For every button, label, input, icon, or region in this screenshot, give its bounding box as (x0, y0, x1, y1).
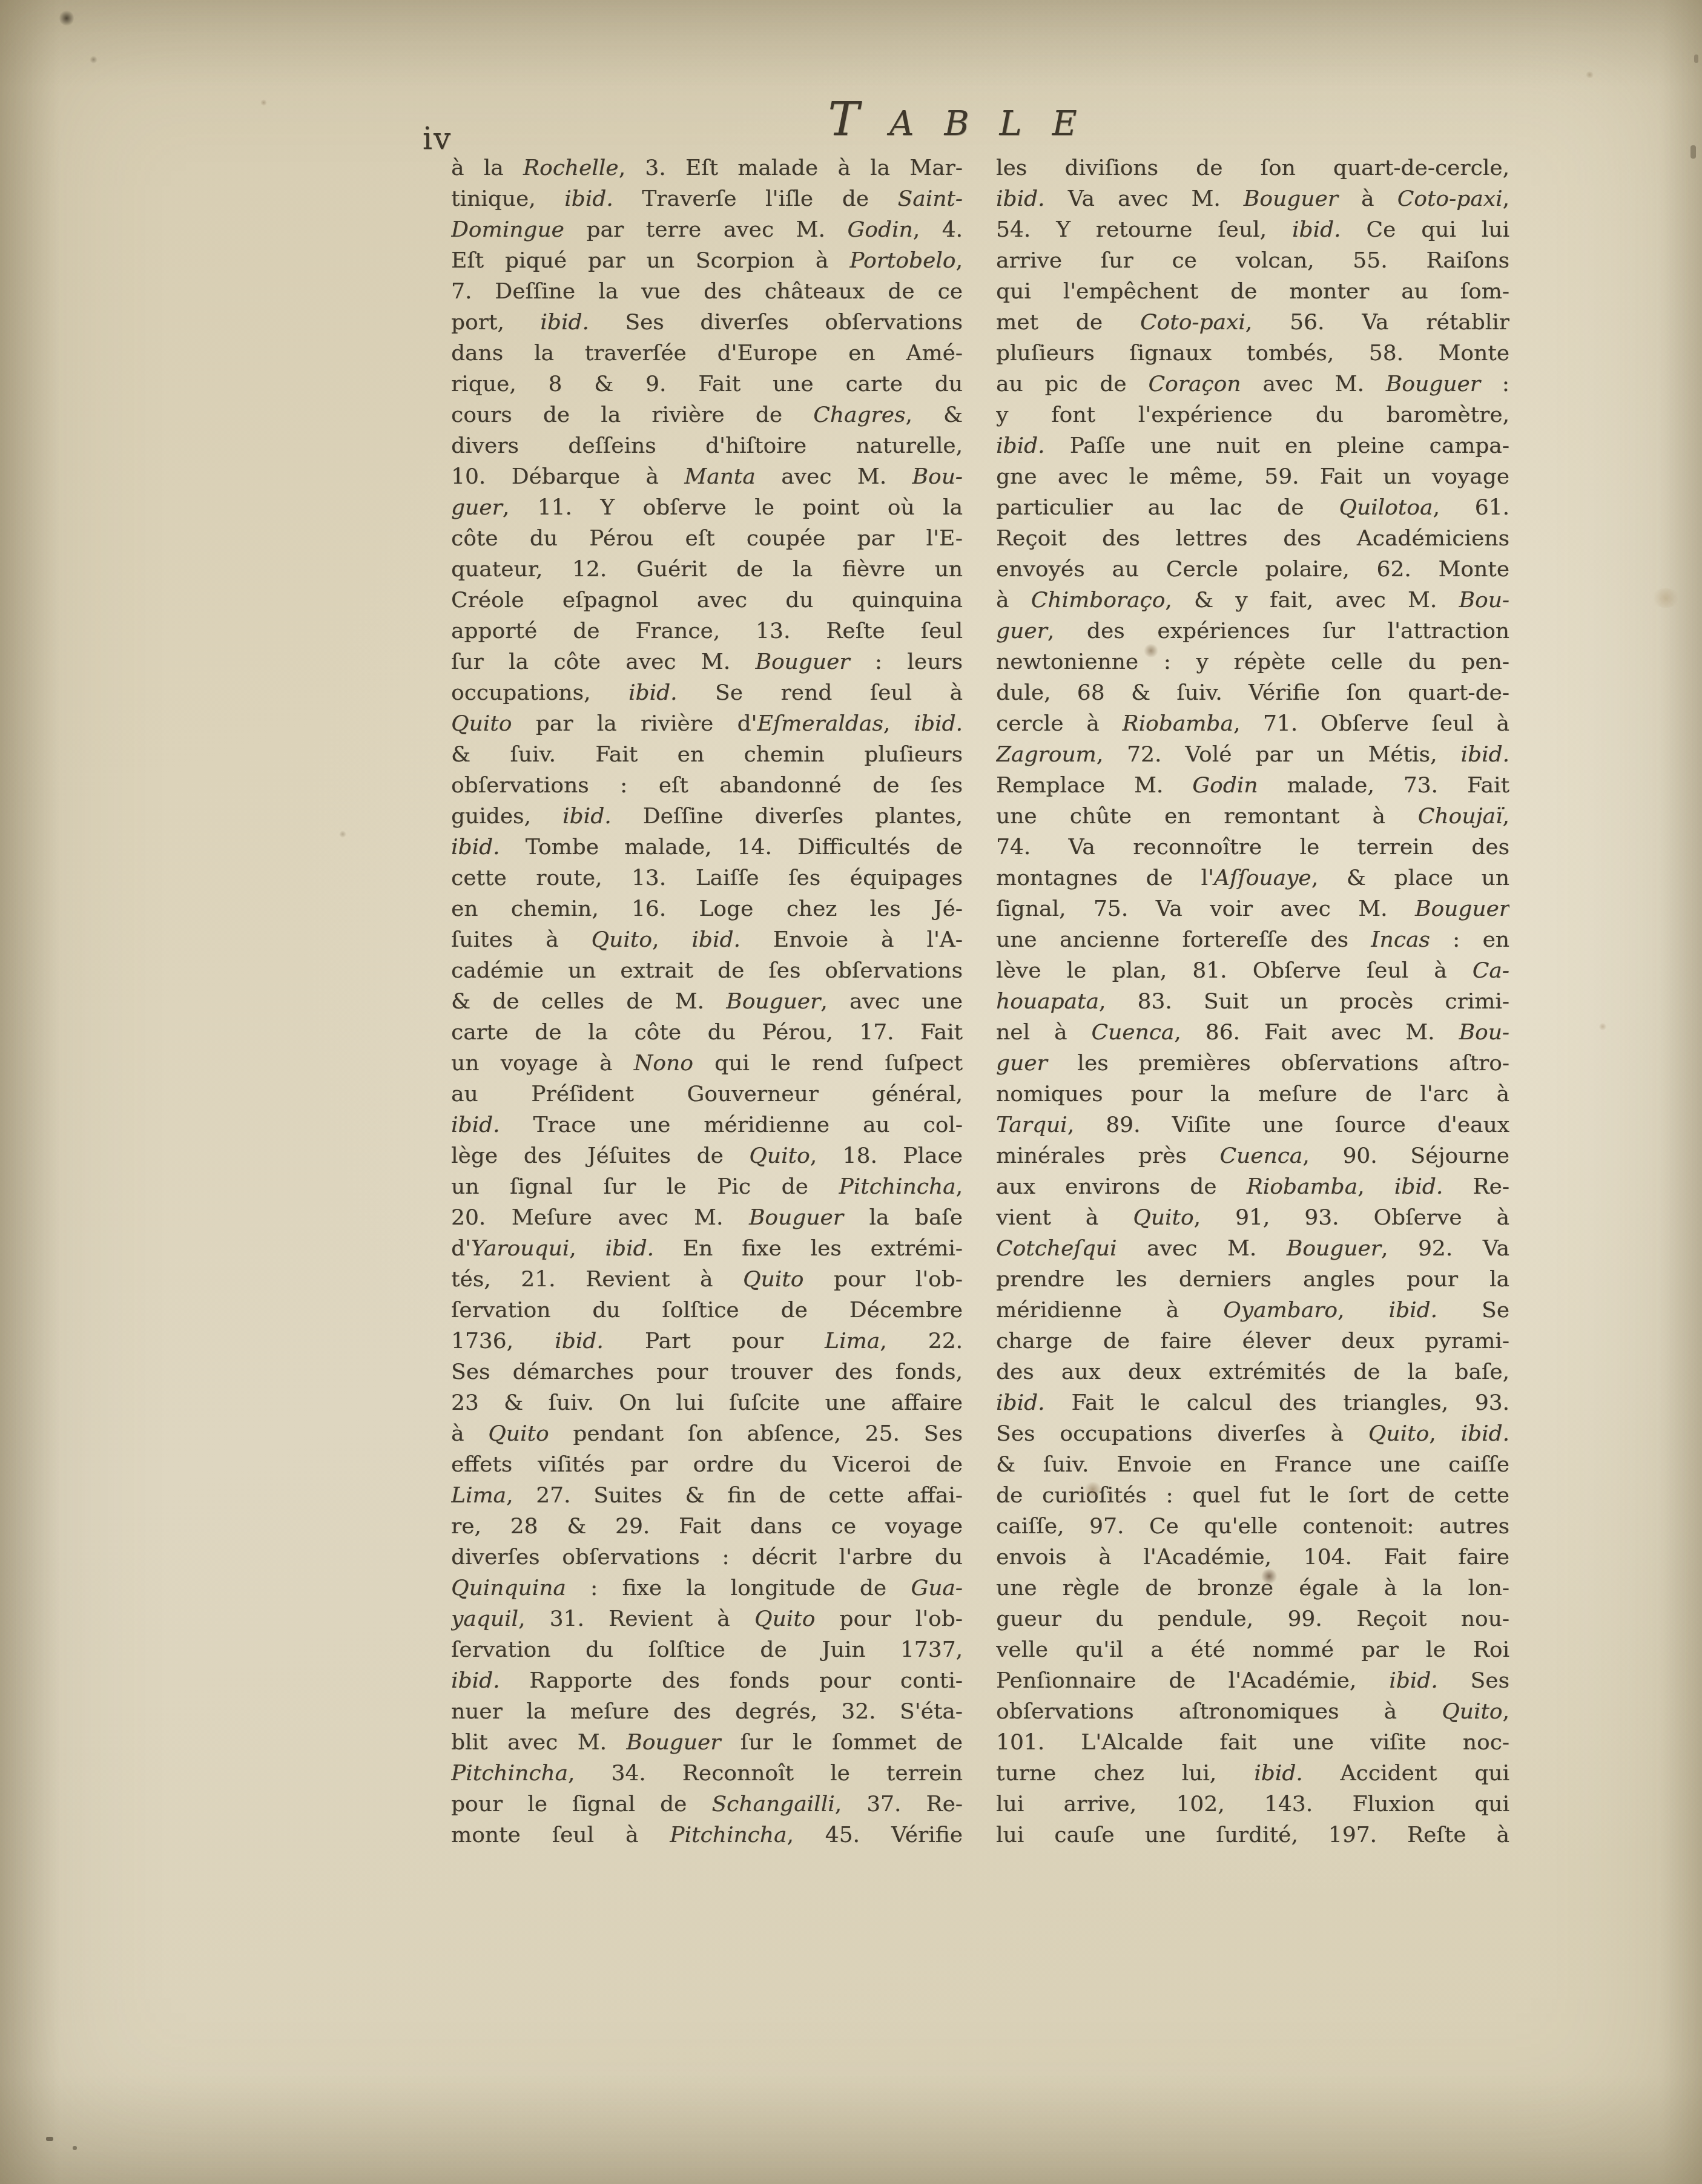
text-line: ibid. Tombe malade, 14. Difficultés de (451, 832, 963, 863)
text-line: ſervation du ſolſtice de Juin 1737, (451, 1634, 963, 1665)
text-line: monte ſeul à Pitchincha, 45. Vérifie (451, 1820, 963, 1850)
page-number: iv (423, 121, 452, 156)
text-line: pour le ſignal de Schangailli, 37. Re- (451, 1789, 963, 1820)
text-column-right: les diviſions de ſon quart-de-cercle,ibi… (996, 153, 1509, 1850)
text-line: envois à l'Académie, 104. Fait faire (996, 1542, 1509, 1573)
text-line: à la Rochelle, 3. Eſt malade à la Mar- (451, 153, 963, 183)
text-line: diverſes obſervations : décrit l'arbre d… (451, 1542, 963, 1573)
text-line: une ancienne fortereſſe des Incas : en (996, 924, 1509, 955)
text-line: turne chez lui, ibid. Accident qui (996, 1758, 1509, 1789)
text-line: Quinquina : fixe la longitude de Gua- (451, 1573, 963, 1603)
ink-stain (90, 56, 97, 64)
text-line: Eſt piqué par un Scorpion à Portobelo, (451, 245, 963, 276)
text-line: ſignal, 75. Va voir avec M. Bouguer (996, 893, 1509, 924)
text-line: Ses démarches pour trouver des fonds, (451, 1357, 963, 1387)
text-line: occupations, ibid. Se rend ſeul à (451, 677, 963, 708)
text-line: les diviſions de ſon quart-de-cercle, (996, 153, 1509, 183)
text-line: Zagroum, 72. Volé par un Métis, ibid. (996, 739, 1509, 770)
text-line: met de Coto-paxi, 56. Va rétablir (996, 307, 1509, 338)
text-line: 101. L'Alcalde fait une viſite noc- (996, 1727, 1509, 1758)
text-line: blit avec M. Bouguer ſur le ſommet de (451, 1727, 963, 1758)
text-line: Remplace M. Godin malade, 73. Fait (996, 770, 1509, 801)
text-line: particulier au lac de Quilotoa, 61. (996, 492, 1509, 523)
text-line: une chûte en remontant à Choujaï, (996, 801, 1509, 832)
text-line: ſervation du ſolſtice de Décembre (451, 1295, 963, 1326)
text-line: dule, 68 & ſuiv. Vérifie ſon quart-de- (996, 677, 1509, 708)
text-line: cette route, 13. Laiſſe ſes équipages (451, 863, 963, 893)
text-line: d'Yarouqui, ibid. En fixe les extrémi- (451, 1233, 963, 1264)
text-line: ibid. Va avec M. Bouguer à Coto-paxi, (996, 183, 1509, 214)
text-line: vient à Quito, 91, 93. Obſerve à (996, 1202, 1509, 1233)
text-line: pluſieurs ſignaux tombés, 58. Monte (996, 338, 1509, 369)
text-line: des aux deux extrémités de la baſe, (996, 1357, 1509, 1387)
text-line: envoyés au Cercle polaire, 62. Monte (996, 554, 1509, 585)
text-line: nel à Cuenca, 86. Fait avec M. Bou- (996, 1017, 1509, 1048)
text-line: guer, 11. Y obſerve le point où la (451, 492, 963, 523)
text-line: velle qu'il a été nommé par le Roi (996, 1634, 1509, 1665)
text-line: gueur du pendule, 99. Reçoit nou- (996, 1603, 1509, 1634)
text-line: ibid. Paſſe une nuit en pleine campa- (996, 430, 1509, 461)
text-line: nomiques pour la meſure de l'arc à (996, 1079, 1509, 1110)
text-line: & ſuiv. Fait en chemin pluſieurs (451, 739, 963, 770)
text-line: prendre les derniers angles pour la (996, 1264, 1509, 1295)
text-line: au Préſident Gouverneur général, (451, 1079, 963, 1110)
ink-stain (73, 2146, 77, 2150)
ink-stain (59, 10, 74, 27)
text-line: à Chimboraço, & y fait, avec M. Bou- (996, 585, 1509, 616)
text-line: tés, 21. Revient à Quito pour l'ob- (451, 1264, 963, 1295)
text-line: obſervations : eſt abandonné de ſes (451, 770, 963, 801)
text-line: charge de faire élever deux pyrami- (996, 1326, 1509, 1357)
text-line: aux environs de Riobamba, ibid. Re- (996, 1171, 1509, 1202)
text-line: lui arrive, 102, 143. Fluxion qui (996, 1789, 1509, 1820)
text-line: carte de la côte du Pérou, 17. Fait (451, 1017, 963, 1048)
paper-stain (1585, 71, 1594, 78)
text-line: de curioſités : quel fut le ſort de cett… (996, 1480, 1509, 1511)
text-line: 1736, ibid. Part pour Lima, 22. (451, 1326, 963, 1357)
text-line: 10. Débarque à Manta avec M. Bou- (451, 461, 963, 492)
text-line: 20. Meſure avec M. Bouguer la baſe (451, 1202, 963, 1233)
text-line: guer, des expériences ſur l'attraction (996, 616, 1509, 646)
text-line: Ses occupations diverſes à Quito, ibid. (996, 1418, 1509, 1449)
text-line: guides, ibid. Deſſine diverſes plantes, (451, 801, 963, 832)
text-line: ſur la côte avec M. Bouguer : leurs (451, 646, 963, 677)
paper-stain (339, 831, 346, 838)
text-line: 7. Deſſine la vue des châteaux de ce (451, 276, 963, 307)
text-line: 54. Y retourne ſeul, ibid. Ce qui lui (996, 214, 1509, 245)
text-line: Lima, 27. Suites & fin de cette affai- (451, 1480, 963, 1511)
text-line: apporté de France, 13. Reſte ſeul (451, 616, 963, 646)
text-line: & de celles de M. Bouguer, avec une (451, 986, 963, 1017)
text-line: 23 & ſuiv. On lui ſuſcite une affaire (451, 1387, 963, 1418)
paper-stain (1598, 1023, 1607, 1030)
text-line: Domingue par terre avec M. Godin, 4. (451, 214, 963, 245)
text-line: port, ibid. Ses diverſes obſervations (451, 307, 963, 338)
text-line: méridienne à Oyambaro, ibid. Se (996, 1295, 1509, 1326)
text-line: Tarqui, 89. Viſite une ſource d'eaux (996, 1110, 1509, 1140)
page-title: TABLE (683, 92, 1222, 146)
text-line: ibid. Trace une méridienne au col- (451, 1110, 963, 1140)
paper-stain (1651, 588, 1681, 608)
text-line: un voyage à Nono qui le rend ſuſpect (451, 1048, 963, 1079)
text-line: au pic de Coraçon avec M. Bouguer : (996, 369, 1509, 400)
text-line: qui l'empêchent de monter au ſom- (996, 276, 1509, 307)
text-line: y font l'expérience du baromètre, (996, 400, 1509, 430)
text-line: dans la traverſée d'Europe en Amé- (451, 338, 963, 369)
paper-stain (260, 99, 267, 106)
text-line: cercle à Riobamba, 71. Obſerve ſeul à (996, 708, 1509, 739)
text-line: gne avec le même, 59. Fait un voyage (996, 461, 1509, 492)
text-line: ibid. Fait le calcul des triangles, 93. (996, 1387, 1509, 1418)
text-line: newtonienne : y répète celle du pen- (996, 646, 1509, 677)
text-line: une règle de bronze égale à la lon- (996, 1573, 1509, 1603)
text-line: montagnes de l'Aſſouaye, & place un (996, 863, 1509, 893)
text-line: caiſſe, 97. Ce qu'elle contenoit: autres (996, 1511, 1509, 1542)
text-line: re, 28 & 29. Fait dans ce voyage (451, 1511, 963, 1542)
text-line: obſervations aſtronomiques à Quito, (996, 1696, 1509, 1727)
text-line: Créole eſpagnol avec du quinquina (451, 585, 963, 616)
text-line: houapata, 83. Suit un procès crimi- (996, 986, 1509, 1017)
text-line: minérales près Cuenca, 90. Séjourne (996, 1140, 1509, 1171)
text-line: & ſuiv. Envoie en France une caiſſe (996, 1449, 1509, 1480)
text-line: guer les premières obſervations aſtro- (996, 1048, 1509, 1079)
text-line: ſuites à Quito, ibid. Envoie à l'A- (451, 924, 963, 955)
text-line: lège des Jéſuites de Quito, 18. Place (451, 1140, 963, 1171)
ink-stain (46, 2137, 53, 2141)
text-line: arrive ſur ce volcan, 55. Raiſons (996, 245, 1509, 276)
scanned-book-page: iv TABLE à la Rochelle, 3. Eſt malade à … (0, 0, 1702, 2184)
text-line: en chemin, 16. Loge chez les Jé- (451, 893, 963, 924)
text-line: quateur, 12. Guérit de la fièvre un (451, 554, 963, 585)
text-line: un ſignal ſur le Pic de Pitchincha, (451, 1171, 963, 1202)
text-line: Pitchincha, 34. Reconnoît le terrein (451, 1758, 963, 1789)
text-line: cadémie un extrait de ſes obſervations (451, 955, 963, 986)
text-line: yaquil, 31. Revient à Quito pour l'ob- (451, 1603, 963, 1634)
edge-mark (1694, 54, 1698, 63)
text-column-left: à la Rochelle, 3. Eſt malade à la Mar-ti… (451, 153, 963, 1850)
edge-mark (1690, 145, 1696, 159)
text-line: Quito par la rivière d'Eſmeraldas, ibid. (451, 708, 963, 739)
text-line: Cotcheſqui avec M. Bouguer, 92. Va (996, 1233, 1509, 1264)
text-line: rique, 8 & 9. Fait une carte du (451, 369, 963, 400)
text-line: nuer la meſure des degrés, 32. S'éta- (451, 1696, 963, 1727)
text-line: à Quito pendant ſon abſence, 25. Ses (451, 1418, 963, 1449)
text-line: côte du Pérou eſt coupée par l'E- (451, 523, 963, 554)
text-line: effets viſités par ordre du Viceroi de (451, 1449, 963, 1480)
text-line: tinique, ibid. Traverſe l'iſle de Saint- (451, 183, 963, 214)
text-line: divers deſſeins d'hiſtoire naturelle, (451, 430, 963, 461)
text-line: lui cauſe une ſurdité, 197. Reſte à (996, 1820, 1509, 1850)
text-line: Penſionnaire de l'Académie, ibid. Ses (996, 1665, 1509, 1696)
text-line: ibid. Rapporte des fonds pour conti- (451, 1665, 963, 1696)
text-line: lève le plan, 81. Obſerve ſeul à Ca- (996, 955, 1509, 986)
text-line: Reçoit des lettres des Académiciens (996, 523, 1509, 554)
text-line: cours de la rivière de Chagres, & (451, 400, 963, 430)
text-line: 74. Va reconnoître le terrein des (996, 832, 1509, 863)
